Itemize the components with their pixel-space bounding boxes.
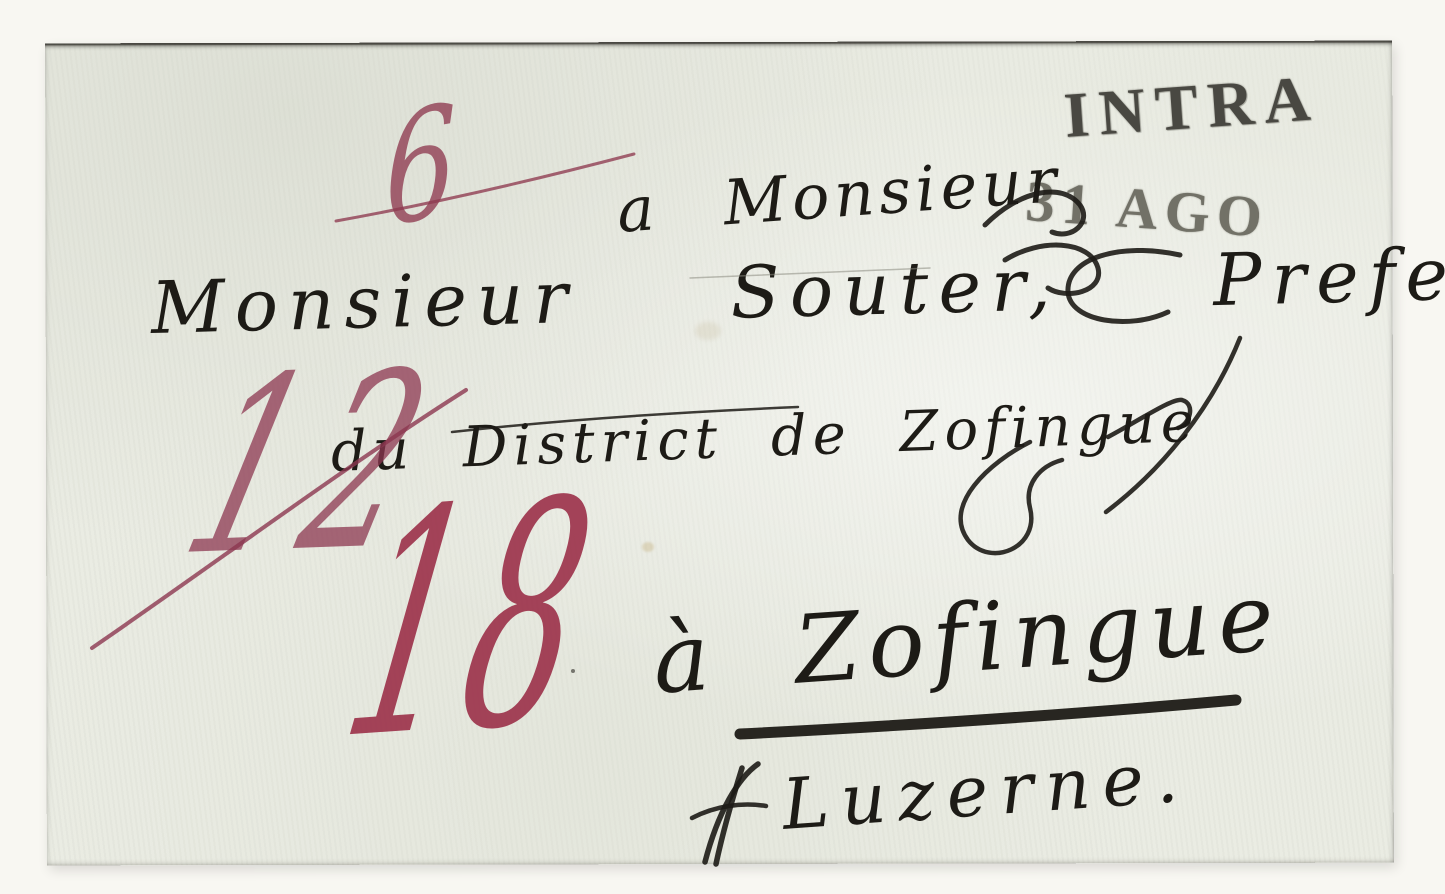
scanned-cover: INTRA 31 AGO a Monsieur Monsieur Souter,… <box>0 0 1445 894</box>
paper-stain <box>642 542 654 552</box>
origin-handstamp: INTRA <box>1062 66 1322 148</box>
